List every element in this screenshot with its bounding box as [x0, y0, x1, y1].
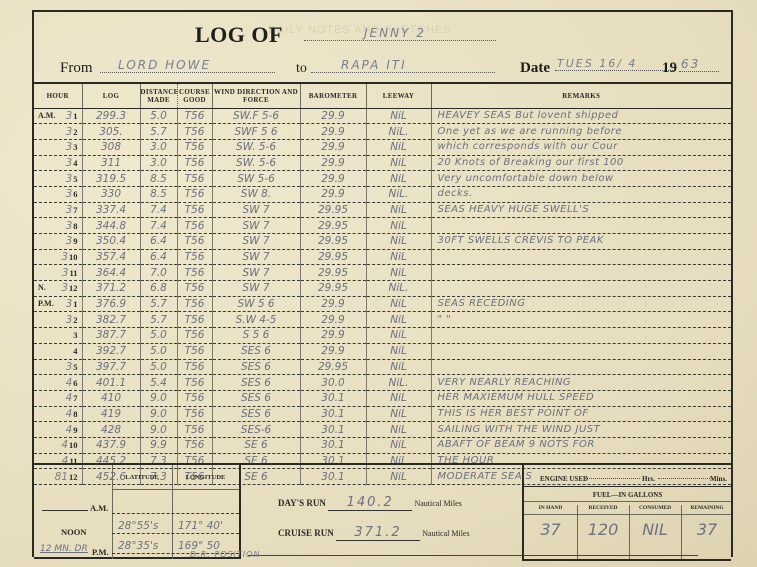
fuel-received-value: 120 [577, 520, 629, 539]
log-cell: 305. [82, 124, 140, 140]
remarks-cell: HEAVEY SEAS But lovent shipped [431, 108, 731, 124]
table-row: 494289.0T56SES-630.1NiLSAILING WITH THE … [34, 422, 731, 438]
pm-label: P.M. [92, 547, 109, 557]
bottom-rule [248, 555, 698, 556]
log-cell: 437.9 [82, 437, 140, 453]
remarks-cell: " " [431, 312, 731, 328]
course-cell: T56 [177, 186, 212, 202]
log-cell: 387.7 [82, 328, 140, 344]
log-cell: 330 [82, 186, 140, 202]
distance-cell: 7.0 [140, 265, 177, 281]
hour-cell: N.312 [34, 281, 82, 297]
days-run-value: 140.2 [328, 495, 412, 511]
barometer-cell: 29.95 [300, 265, 366, 281]
remarks-cell [431, 218, 731, 234]
col-hour: HOUR [34, 84, 82, 108]
hour-mark: 3 [66, 141, 73, 153]
table-row: 35319.58.5T56SW 5-629.9NiLVery uncomfort… [34, 171, 731, 187]
hour-mark: 3 [66, 126, 73, 138]
remarks-cell: which corresponds with our Cour [431, 139, 731, 155]
table-row: 46401.15.4T56SES 630.0NiL.VERY NEARLY RE… [34, 375, 731, 391]
course-cell: T56 [177, 343, 212, 359]
course-cell: T56 [177, 422, 212, 438]
remarks-cell: VERY NEARLY REACHING [431, 375, 731, 391]
table-row: 474109.0T56SES 630.1NiLHER MAXIEMUM HULL… [34, 390, 731, 406]
col-distance: DISTANCE MADE [140, 84, 177, 108]
course-cell: T56 [177, 155, 212, 171]
hour-number: 5 [73, 174, 77, 184]
log-cell: 311 [82, 155, 140, 171]
course-cell: T56 [177, 218, 212, 234]
distance-cell: 8.5 [140, 186, 177, 202]
hour-number: 3 [73, 330, 77, 340]
course-cell: T56 [177, 296, 212, 312]
wind-cell: SES 6 [212, 343, 300, 359]
wind-cell: S 5 6 [212, 328, 300, 344]
log-cell: 419 [82, 406, 140, 422]
hour-mark: 4 [66, 377, 73, 389]
log-cell: 410 [82, 390, 140, 406]
course-cell: T56 [177, 281, 212, 297]
log-cell: 382.7 [82, 312, 140, 328]
barometer-cell: 30.1 [300, 390, 366, 406]
from-label: From [60, 60, 93, 77]
hour-cell: 46 [34, 375, 82, 391]
remarks-cell [431, 328, 731, 344]
period-label: P.M. [38, 297, 54, 311]
vessel-name: JENNY 2 [304, 26, 496, 41]
hour-cell: 48 [34, 406, 82, 422]
course-cell: T56 [177, 406, 212, 422]
table-row: 32382.75.7T56S.W 4-529.9NiL" " [34, 312, 731, 328]
cruise-run-unit: Nautical Miles [422, 529, 469, 538]
hour-mark: 3 [66, 173, 73, 185]
course-cell: T56 [177, 312, 212, 328]
hour-number: 10 [69, 252, 78, 262]
wind-cell: S.W 4-5 [212, 312, 300, 328]
distance-cell: 5.0 [140, 359, 177, 375]
divider [524, 501, 731, 502]
table-row: P.M.31376.95.7T56SW 5 629.9NiLSEAS RECED… [34, 296, 731, 312]
period-label: A.M. [38, 109, 55, 123]
hour-mark: 4 [61, 439, 68, 451]
hour-mark: 3 [66, 188, 73, 200]
hour-cell: 35 [34, 171, 82, 187]
days-run-label: DAY'S RUN [278, 498, 326, 508]
remarks-cell: SEAS HEAVY HUGE SWELL'S [431, 202, 731, 218]
hour-mark: 4 [66, 408, 73, 420]
remarks-cell [431, 281, 731, 297]
cruise-run: CRUISE RUN 371.2 Nautical Miles [278, 525, 470, 541]
hour-cell: 32 [34, 312, 82, 328]
hrs-label: Hrs. [642, 475, 655, 483]
distance-cell: 5.4 [140, 375, 177, 391]
divider [112, 533, 239, 534]
remarks-cell: 20 Knots of Breaking our first 100 [431, 155, 731, 171]
table-row: 37337.47.4T56SW 729.95NiLSEAS HEAVY HUGE… [34, 202, 731, 218]
hour-number: 8 [73, 221, 77, 231]
latitude-header: LATITUDE [112, 474, 172, 481]
remarks-cell: HER MAXIEMUM HULL SPEED [431, 390, 731, 406]
table-row: 310357.46.4T56SW 729.95NiL [34, 249, 731, 265]
leeway-cell: NiL [366, 155, 431, 171]
wind-cell: SES 6 [212, 375, 300, 391]
hour-cell: 39 [34, 234, 82, 250]
wind-cell: SWF 5 6 [212, 124, 300, 140]
course-cell: T56 [177, 390, 212, 406]
wind-cell: SW 7 [212, 249, 300, 265]
hour-cell: 49 [34, 422, 82, 438]
barometer-cell: 30.1 [300, 406, 366, 422]
table-row: 3387.75.0T56S 5 629.9NiL [34, 328, 731, 344]
distance-cell: 7.4 [140, 218, 177, 234]
log-cell: 364.4 [82, 265, 140, 281]
col-remarks: REMARKS [431, 84, 731, 108]
leeway-cell: NiL [366, 296, 431, 312]
table-row: 39350.46.4T56SW 729.95NiL30FT SWELLS CRE… [34, 234, 731, 250]
hour-mark: 3 [66, 298, 73, 310]
log-cell: 397.7 [82, 359, 140, 375]
table-row: 363308.5T56SW 8.29.9NiL.decks. [34, 186, 731, 202]
log-cell: 376.9 [82, 296, 140, 312]
course-cell: T56 [177, 249, 212, 265]
distance-cell: 3.0 [140, 139, 177, 155]
log-cell: 392.7 [82, 343, 140, 359]
fuel-consumed-value: NIL [629, 520, 681, 539]
leeway-cell: NiL [366, 265, 431, 281]
hour-number: 9 [73, 425, 77, 435]
hour-number: 1 [73, 111, 77, 121]
hour-cell: 3 [34, 328, 82, 344]
wind-cell: SW 5 6 [212, 296, 300, 312]
days-run-unit: Nautical Miles [414, 499, 461, 508]
period-label: N. [38, 281, 46, 295]
barometer-cell: 29.9 [300, 124, 366, 140]
col-course: COURSE GOOD [177, 84, 212, 108]
wind-cell: SES 6 [212, 390, 300, 406]
leeway-cell: NiL [366, 139, 431, 155]
pm-latitude: 28°35's [118, 540, 158, 552]
year-prefix: 19 [662, 60, 677, 77]
hour-cell: P.M.31 [34, 296, 82, 312]
wind-cell: SW 5-6 [212, 171, 300, 187]
wind-cell: SW 7 [212, 202, 300, 218]
remarks-cell [431, 343, 731, 359]
leeway-cell: NiL [366, 171, 431, 187]
hour-cell: 311 [34, 265, 82, 281]
leeway-cell: NiL [366, 328, 431, 344]
barometer-cell: 29.9 [300, 312, 366, 328]
log-page: DAILY NOTES AND SKETCHES LOG OF JENNY 2 … [32, 10, 733, 557]
hour-cell: 35 [34, 359, 82, 375]
hour-cell: 33 [34, 139, 82, 155]
course-cell: T56 [177, 171, 212, 187]
col-leeway: LEEWAY [366, 84, 431, 108]
pm-note: 12 MN. DR [40, 544, 88, 554]
remarks-cell: ABAFT OF BEAM 9 NOTS FOR [431, 437, 731, 453]
barometer-cell: 29.9 [300, 108, 366, 124]
distance-cell: 5.7 [140, 124, 177, 140]
distance-cell: 9.0 [140, 406, 177, 422]
divider [112, 513, 239, 514]
wind-cell: SW 7 [212, 281, 300, 297]
table-row: 484199.0T56SES 630.1NiLTHIS IS HER BEST … [34, 406, 731, 422]
barometer-cell: 29.9 [300, 186, 366, 202]
hour-number: 7 [73, 205, 77, 215]
leeway-cell: NiL. [366, 124, 431, 140]
remarks-cell [431, 265, 731, 281]
fuel-consumed-header: CONSUMED [629, 505, 681, 511]
leeway-cell: NiL [366, 202, 431, 218]
remarks-cell [431, 359, 731, 375]
barometer-cell: 29.9 [300, 296, 366, 312]
hour-cell: 37 [34, 202, 82, 218]
distance-cell: 5.7 [140, 296, 177, 312]
engine-used-label: ENGINE USED [540, 475, 588, 483]
distance-cell: 6.4 [140, 249, 177, 265]
distance-cell: 9.9 [140, 437, 177, 453]
hour-number: 2 [73, 315, 77, 325]
days-run: DAY'S RUN 140.2 Nautical Miles [278, 495, 462, 511]
log-table: HOUR LOG DISTANCE MADE COURSE GOOD WIND … [34, 84, 731, 485]
divider [112, 489, 239, 490]
am-label: A.M. [90, 503, 108, 513]
distance-cell: 9.0 [140, 422, 177, 438]
course-cell: T56 [177, 375, 212, 391]
barometer-cell: 29.9 [300, 343, 366, 359]
fuel-remaining-value: 37 [681, 520, 733, 539]
hour-cell: 34 [34, 155, 82, 171]
table-row: 38344.87.4T56SW 729.95NiL [34, 218, 731, 234]
noon-label: NOON [61, 527, 87, 537]
col-wind: WIND DIRECTION AND FORCE [212, 84, 300, 108]
wind-cell: SW 7 [212, 218, 300, 234]
title-row: LOG OF JENNY 2 [34, 20, 731, 50]
hour-number: 2 [73, 127, 77, 137]
table-row: 410437.99.9T56SE 630.1NiLABAFT OF BEAM 9… [34, 437, 731, 453]
hour-mark: 3 [61, 251, 68, 263]
date-value: TUES 16/ 4 [555, 57, 673, 71]
table-row: 343113.0T56SW. 5-629.9NiL20 Knots of Bre… [34, 155, 731, 171]
log-cell: 357.4 [82, 249, 140, 265]
remarks-cell: SAILING WITH THE WIND JUST [431, 422, 731, 438]
remarks-cell: THIS IS HER BEST POINT OF [431, 406, 731, 422]
table-row: 311364.47.0T56SW 729.95NiL [34, 265, 731, 281]
hour-mark: 4 [66, 424, 73, 436]
hour-number: 4 [73, 158, 77, 168]
hour-mark: 3 [62, 267, 69, 279]
barometer-cell: 29.95 [300, 202, 366, 218]
noon-latitude: 28°55's [118, 520, 158, 532]
fuel-box: ENGINE USED Hrs. Mins. FUEL—IN GALLONS I… [522, 465, 731, 561]
barometer-cell: 29.95 [300, 281, 366, 297]
fuel-in-hand-header: IN HAND [524, 505, 577, 511]
log-cell: 299.3 [82, 108, 140, 124]
barometer-cell: 29.9 [300, 328, 366, 344]
barometer-cell: 30.1 [300, 422, 366, 438]
course-cell: T56 [177, 359, 212, 375]
distance-cell: 5.0 [140, 328, 177, 344]
hour-number: 6 [73, 189, 77, 199]
remarks-cell: decks. [431, 186, 731, 202]
hour-cell: 4 [34, 343, 82, 359]
log-cell: 350.4 [82, 234, 140, 250]
hour-cell: 36 [34, 186, 82, 202]
to-value: RAPA ITI [311, 58, 495, 73]
barometer-cell: 29.9 [300, 171, 366, 187]
noon-longitude: 171° 40' [178, 520, 223, 532]
leeway-cell: NiL. [366, 281, 431, 297]
leeway-cell: NiL [366, 343, 431, 359]
hour-number: 10 [69, 440, 78, 450]
table-row: A.M.31299.35.0T56SW.F 5-629.9NiLHEAVEY S… [34, 108, 731, 124]
log-cell: 344.8 [82, 218, 140, 234]
fuel-remaining-header: REMAINING [681, 505, 733, 511]
leeway-cell: NiL [366, 390, 431, 406]
barometer-cell: 29.9 [300, 139, 366, 155]
hour-mark: 3 [66, 110, 73, 122]
distance-cell: 6.8 [140, 281, 177, 297]
log-cell: 401.1 [82, 375, 140, 391]
distance-cell: 9.0 [140, 390, 177, 406]
hour-mark: 3 [66, 220, 73, 232]
barometer-cell: 29.95 [300, 249, 366, 265]
hour-number: 1 [73, 299, 77, 309]
hour-mark: 4 [66, 392, 73, 404]
hour-mark: 3 [66, 314, 73, 326]
leeway-cell: NiL [366, 422, 431, 438]
hour-cell: 410 [34, 437, 82, 453]
mins-label: Mins. [710, 475, 727, 483]
barometer-cell: 29.9 [300, 155, 366, 171]
hour-mark: 3 [66, 361, 73, 373]
hour-cell: 38 [34, 218, 82, 234]
course-cell: T56 [177, 437, 212, 453]
leeway-cell: NiL. [366, 375, 431, 391]
course-cell: T56 [177, 328, 212, 344]
hour-cell: 47 [34, 390, 82, 406]
table-header-row: HOUR LOG DISTANCE MADE COURSE GOOD WIND … [34, 84, 731, 108]
wind-cell: SW.F 5-6 [212, 108, 300, 124]
leeway-cell: NiL [366, 234, 431, 250]
to-label: to [296, 61, 307, 77]
am-underline [42, 510, 88, 511]
engine-mins-blank [658, 478, 710, 479]
barometer-cell: 29.95 [300, 359, 366, 375]
course-cell: T56 [177, 202, 212, 218]
remarks-cell: One yet as we are running before [431, 124, 731, 140]
log-cell: 371.2 [82, 281, 140, 297]
distance-cell: 7.4 [140, 202, 177, 218]
log-cell: 319.5 [82, 171, 140, 187]
fuel-in-hand-value: 37 [524, 520, 577, 539]
log-cell: 308 [82, 139, 140, 155]
course-cell: T56 [177, 124, 212, 140]
barometer-cell: 30.0 [300, 375, 366, 391]
wind-cell: SW 8. [212, 186, 300, 202]
hour-number: 5 [73, 362, 77, 372]
wind-cell: SES-6 [212, 422, 300, 438]
remarks-cell: 30FT SWELLS CREVIS TO PEAK [431, 234, 731, 250]
course-cell: T56 [177, 139, 212, 155]
course-cell: T56 [177, 108, 212, 124]
distance-cell: 6.4 [140, 234, 177, 250]
table-row: 35397.75.0T56SES 629.95NiL [34, 359, 731, 375]
year-suffix: 63 [679, 57, 719, 72]
leeway-cell: NiL [366, 406, 431, 422]
remarks-cell: SEAS RECEDING [431, 296, 731, 312]
position-box: LATITUDE LONGITUDE A.M. NOON 12 MN. DR P… [34, 465, 241, 559]
table-row: N.312371.26.8T56SW 729.95NiL. [34, 281, 731, 297]
table-row: 4392.75.0T56SES 629.9NiL [34, 343, 731, 359]
table-row: 333083.0T56SW. 5-629.9NiLwhich correspon… [34, 139, 731, 155]
hour-cell: 310 [34, 249, 82, 265]
leeway-cell: NiL [366, 437, 431, 453]
log-cell: 337.4 [82, 202, 140, 218]
wind-cell: SES 6 [212, 406, 300, 422]
hour-mark: 3 [66, 204, 73, 216]
cruise-run-label: CRUISE RUN [278, 528, 334, 538]
distance-cell: 8.5 [140, 171, 177, 187]
fuel-title: FUEL—IN GALLONS [524, 491, 731, 499]
leeway-cell: NiL [366, 359, 431, 375]
hour-number: 8 [73, 409, 77, 419]
hour-number: 9 [73, 236, 77, 246]
date-label: Date [520, 60, 550, 77]
course-cell: T56 [177, 265, 212, 281]
hour-mark: 3 [61, 282, 68, 294]
wind-cell: SW 7 [212, 265, 300, 281]
hour-number: 11 [69, 268, 77, 278]
hour-number: 3 [73, 142, 77, 152]
page-title: LOG OF [195, 22, 283, 48]
distance-cell: 5.7 [140, 312, 177, 328]
wind-cell: SW 7 [212, 234, 300, 250]
leeway-cell: NiL [366, 108, 431, 124]
leeway-cell: NiL [366, 312, 431, 328]
hour-number: 6 [73, 378, 77, 388]
barometer-cell: 29.95 [300, 234, 366, 250]
barometer-cell: 29.95 [300, 218, 366, 234]
barometer-cell: 30.1 [300, 437, 366, 453]
hour-number: 7 [73, 393, 77, 403]
log-cell: 428 [82, 422, 140, 438]
wind-cell: SES 6 [212, 359, 300, 375]
cruise-run-value: 371.2 [336, 525, 420, 541]
engine-hrs-blank [584, 478, 640, 479]
hour-mark: 3 [66, 157, 73, 169]
divider [524, 514, 731, 515]
longitude-header: LONGITUDE [172, 474, 239, 481]
wind-cell: SW. 5-6 [212, 155, 300, 171]
table-row: 32305.5.7T56SWF 5 629.9NiL.One yet as we… [34, 124, 731, 140]
hour-cell: A.M.31 [34, 108, 82, 124]
leeway-cell: NiL. [366, 186, 431, 202]
wind-cell: SE 6 [212, 437, 300, 453]
distance-cell: 5.0 [140, 108, 177, 124]
hour-mark: 3 [66, 235, 73, 247]
course-cell: T56 [177, 234, 212, 250]
remarks-cell: Very uncomfortable down below [431, 171, 731, 187]
leeway-cell: NiL [366, 249, 431, 265]
route-row: From LORD HOWE to RAPA ITI Date TUES 16/… [34, 56, 731, 82]
remarks-cell [431, 249, 731, 265]
hour-number: 12 [69, 283, 78, 293]
from-value: LORD HOWE [100, 58, 275, 73]
distance-cell: 3.0 [140, 155, 177, 171]
col-barometer: BAROMETER [300, 84, 366, 108]
summary-section: LATITUDE LONGITUDE A.M. NOON 12 MN. DR P… [34, 463, 731, 559]
